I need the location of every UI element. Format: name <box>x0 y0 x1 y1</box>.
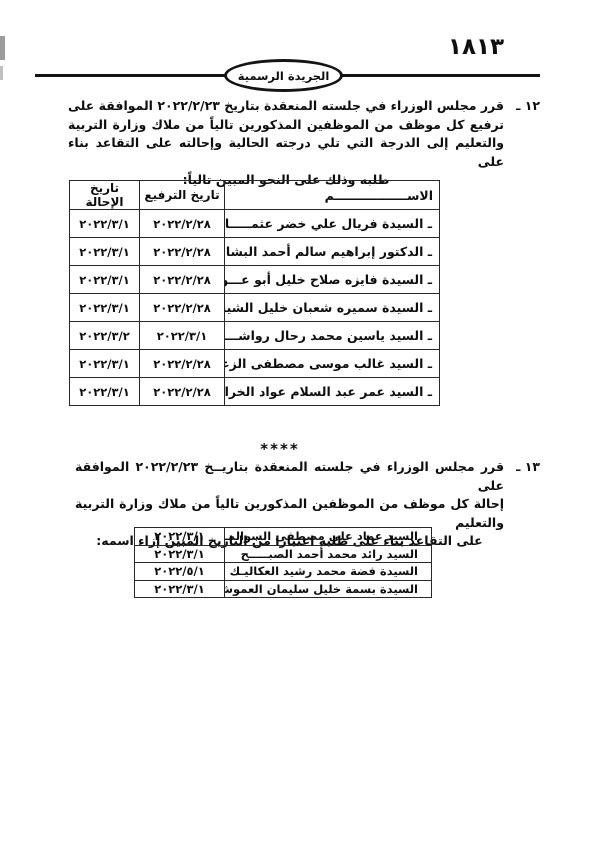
decision-12-line1: قرر مجلس الوزراء في جلسته المنعقدة بتاري… <box>68 97 504 116</box>
promotion-date: ٢٠٢٢/٢/٢٨ <box>140 378 225 406</box>
table-row: ـ السيدة فايزه صلاح خليل أبو عـــوره ٢٠٢… <box>70 266 440 294</box>
employee-name: السيدة بسمة خليل سليمان العموش <box>225 580 432 598</box>
column-header-promotion-date: تاريخ الترفيع <box>140 181 225 210</box>
referral-date: ٢٠٢٢/٣/١ <box>70 238 140 266</box>
gazette-seal: الجريدة الرسمية <box>224 59 343 92</box>
page-number: ١٨١٣ <box>438 34 514 60</box>
employee-name: ـ الدكتور إبراهيم سالم أحمد البشايـــره <box>225 238 440 266</box>
referral-date: ٢٠٢٢/٣/١ <box>70 294 140 322</box>
table-row: السيد عماد علي مصطفى السوالمـه ٢٠٢٢/٣/١ <box>135 528 432 546</box>
retirement-date: ٢٠٢٢/٥/١ <box>135 563 225 581</box>
promotion-date: ٢٠٢٢/٢/٢٨ <box>140 238 225 266</box>
scan-artifact <box>0 66 3 80</box>
promotion-table: الاســـــــــــــــــم تاريخ الترفيع تار… <box>69 180 440 406</box>
promotion-date: ٢٠٢٢/٢/٢٨ <box>140 210 225 238</box>
decision-12-line3: والتعليم إلى الدرجة التي تلي درجته الحال… <box>68 134 504 171</box>
referral-date: ٢٠٢٢/٣/٢ <box>70 322 140 350</box>
referral-date: ٢٠٢٢/٣/١ <box>70 378 140 406</box>
table-row: ـ السيد ياسين محمد رحال رواشـــــده ٢٠٢٢… <box>70 322 440 350</box>
table-row: ـ السيد عمر عبد السلام عواد الخرابشـه ٢٠… <box>70 378 440 406</box>
table-row: ـ السيد غالب موسى مصطفى الزغـــل ٢٠٢٢/٢/… <box>70 350 440 378</box>
employee-name: ـ السيدة سميره شعبان خليل الشيشانـــي <box>225 294 440 322</box>
employee-name: ـ السيد غالب موسى مصطفى الزغـــل <box>225 350 440 378</box>
promotion-date: ٢٠٢٢/٣/١ <box>140 322 225 350</box>
promotion-date: ٢٠٢٢/٢/٢٨ <box>140 350 225 378</box>
gazette-page: ١٨١٣ الجريدة الرسمية ١٢ ـ قرر مجلس الوزر… <box>0 0 600 842</box>
referral-date: ٢٠٢٢/٣/١ <box>70 210 140 238</box>
employee-name: السيد عماد علي مصطفى السوالمـه <box>225 528 432 546</box>
gazette-title: الجريدة الرسمية <box>238 69 330 83</box>
promotion-date: ٢٠٢٢/٢/٢٨ <box>140 294 225 322</box>
decision-13-number: ١٣ ـ <box>504 458 540 495</box>
referral-date: ٢٠٢٢/٣/١ <box>70 266 140 294</box>
table-row: ـ الدكتور إبراهيم سالم أحمد البشايـــره … <box>70 238 440 266</box>
table-row: السيدة بسمة خليل سليمان العموش ٢٠٢٢/٣/١ <box>135 580 432 598</box>
employee-name: السيد رائد محمد أحمد الصبـــــح <box>225 545 432 563</box>
decision-12-paragraph: ١٢ ـ قرر مجلس الوزراء في جلسته المنعقدة … <box>68 97 540 190</box>
referral-date: ٢٠٢٢/٣/١ <box>70 350 140 378</box>
employee-name: ـ السيدة فريال علي خضر عثمـــــان <box>225 210 440 238</box>
employee-name: ـ السيدة فايزه صلاح خليل أبو عـــوره <box>225 266 440 294</box>
retirement-table: السيد عماد علي مصطفى السوالمـه ٢٠٢٢/٣/١ … <box>134 527 432 598</box>
promotion-table-header-row: الاســـــــــــــــــم تاريخ الترفيع تار… <box>70 181 440 210</box>
retirement-date: ٢٠٢٢/٣/١ <box>135 580 225 598</box>
employee-name: ـ السيد عمر عبد السلام عواد الخرابشـه <box>225 378 440 406</box>
promotion-date: ٢٠٢٢/٢/٢٨ <box>140 266 225 294</box>
decision-12-number: ١٢ ـ <box>504 97 540 116</box>
employee-name: ـ السيد ياسين محمد رحال رواشـــــده <box>225 322 440 350</box>
retirement-date: ٢٠٢٢/٣/١ <box>135 545 225 563</box>
table-row: السيدة فضة محمد رشيد العكاليـك ٢٠٢٢/٥/١ <box>135 563 432 581</box>
employee-name: السيدة فضة محمد رشيد العكاليـك <box>225 563 432 581</box>
table-row: السيد رائد محمد أحمد الصبـــــح ٢٠٢٢/٣/١ <box>135 545 432 563</box>
decision-12-line2: ترفيع كل موظف من الموظفين المذكورين تالي… <box>68 116 504 135</box>
scan-artifact <box>0 36 5 60</box>
column-header-name: الاســـــــــــــــــم <box>225 181 440 210</box>
column-header-referral-date: تاريخ الإحالة <box>70 181 140 210</box>
table-row: ـ السيدة سميره شعبان خليل الشيشانـــي ٢٠… <box>70 294 440 322</box>
decision-13-line1: قرر مجلس الوزراء في جلسته المنعقدة بتاري… <box>75 458 504 495</box>
section-separator: **** <box>0 440 560 458</box>
table-row: ـ السيدة فريال علي خضر عثمـــــان ٢٠٢٢/٢… <box>70 210 440 238</box>
retirement-date: ٢٠٢٢/٣/١ <box>135 528 225 546</box>
